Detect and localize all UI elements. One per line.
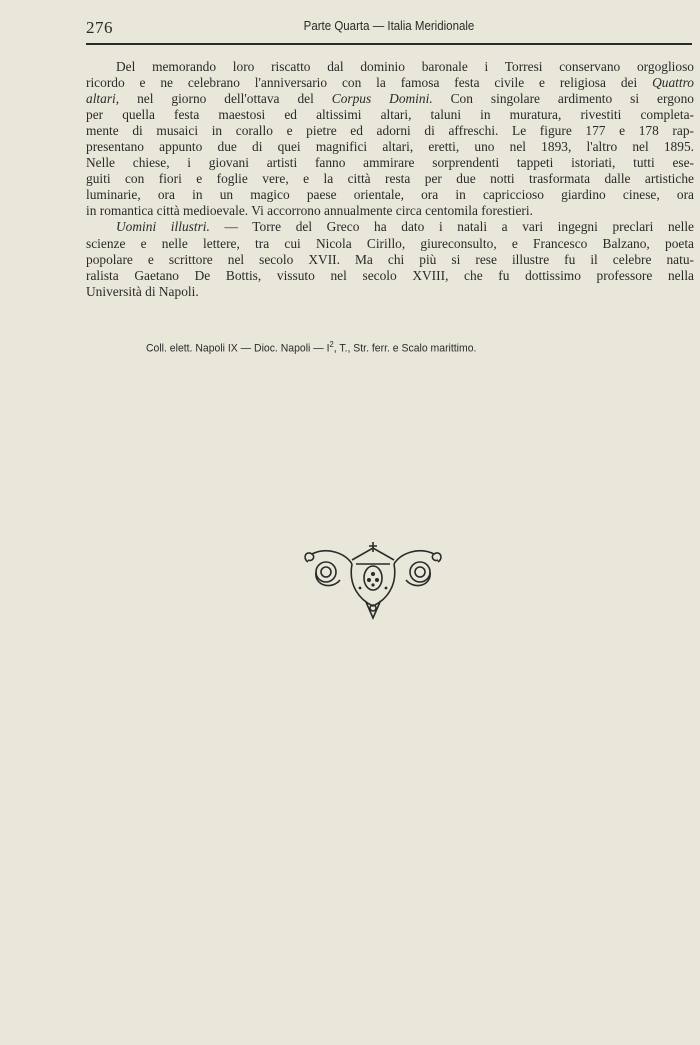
text-line: guiti con fiori e foglie vere, e la citt… bbox=[86, 171, 694, 187]
text-line: luminarie, ora in un magico paese orient… bbox=[86, 187, 694, 203]
text-line: mente di musaici in corallo e pietre ed … bbox=[86, 123, 694, 139]
header-rule bbox=[86, 43, 692, 45]
text-line: popolare e scrittore nel secolo XVII. Ma… bbox=[86, 252, 694, 268]
text-line: presentano appunto due di quei magnifici… bbox=[86, 139, 694, 155]
text-line: Università di Napoli. bbox=[86, 284, 694, 300]
text-line: Uomini illustri. — Torre del Greco ha da… bbox=[86, 219, 694, 235]
italic-term: altari, bbox=[86, 91, 119, 106]
italic-term: Corpus Domini. bbox=[332, 91, 433, 106]
decorative-vignette-icon bbox=[300, 540, 446, 620]
text-line: per quella festa maestosi ed altissimi a… bbox=[86, 107, 694, 123]
text-line: Del memorando loro riscatto dal dominio … bbox=[86, 59, 694, 75]
body-text: Del memorando loro riscatto dal dominio … bbox=[86, 59, 694, 300]
text-line: scienze e nelle lettere, tra cui Nicola … bbox=[86, 236, 694, 252]
text-line: in romantica città medioevale. Vi accorr… bbox=[86, 203, 694, 219]
text-line: ralista Gaetano De Bottis, vissuto nel s… bbox=[86, 268, 694, 284]
text-line: altari, nel giorno dell'ottava del Corpu… bbox=[86, 91, 694, 107]
italic-term: Quattro bbox=[652, 75, 694, 90]
section-heading: Uomini illustri. bbox=[116, 219, 210, 234]
page-number: 276 bbox=[86, 18, 113, 38]
page-header: 276 Parte Quarta — Italia Meridionale bbox=[86, 16, 692, 40]
running-title: Parte Quarta — Italia Meridionale bbox=[110, 19, 668, 33]
footnote: Coll. elett. Napoli IX — Dioc. Napoli — … bbox=[146, 340, 593, 355]
text-line: ricordo e ne celebrano l'anniversario co… bbox=[86, 75, 694, 91]
text-line: Nelle chiese, i giovani artisti fanno am… bbox=[86, 155, 694, 171]
